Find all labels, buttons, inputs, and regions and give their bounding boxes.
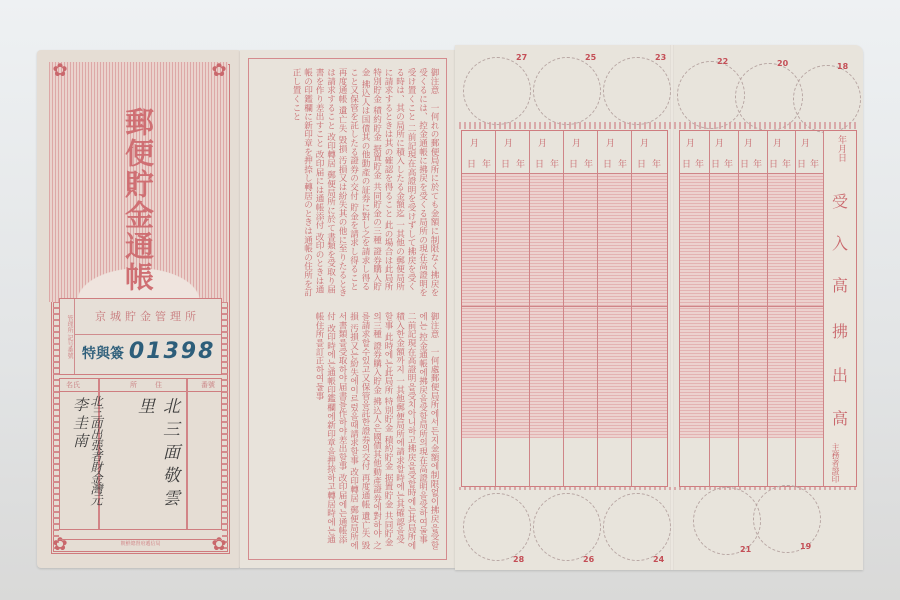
day-label: 日 [682,157,691,170]
year-label: 年 [482,157,491,170]
circle-number: 21 [740,545,751,554]
notice-korean: 御注意 一何處郵便局所에서든지金額에制限없이拂戻을受할에는 控金通帳에拂戻을受할… [313,312,440,552]
year-label: 年 [516,157,525,170]
circle-number: 26 [583,555,594,564]
owner-box: 名氏 所住 番號 李圭南 北三面出張者財金灣元 北三面敬雲里 [59,378,222,530]
stamp-circle [603,493,671,561]
circle-number: 24 [653,555,664,564]
year-label: 年 [550,157,559,170]
grid-column [597,131,632,486]
ledger-page: 27 25 23 22 20 18 月 月 月 月 月 月 日 年 日 年 日 … [455,45,863,570]
grid-column [709,131,739,486]
year-label: 年 [652,157,661,170]
day-label: 日 [569,157,578,170]
grid-column [563,131,598,486]
circle-number: 27 [516,53,527,62]
flower-icon: ✿ [51,62,69,80]
stamp-circle [463,493,531,561]
grid-column [738,131,768,486]
circle-number: 18 [837,62,848,71]
year-label: 年 [695,157,704,170]
year-label: 年 [618,157,627,170]
office-name: 京城貯金管理所 [74,299,221,335]
owner-address: 北三面敬雲里 [132,397,182,529]
year-label: 年 [782,157,791,170]
cover-footer: 朝鮮總督府遞信局 [59,539,222,546]
month-label: 月 [538,136,547,149]
day-label: 日 [467,157,476,170]
instructions-page: 御注意 一何れの郵便局所に於ても金額に制限なく拂戻を受くるには、控金通帳に拂戻を… [240,50,455,568]
notice-heading: 御注意 [429,68,439,94]
circle-number: 20 [777,59,788,68]
side-header: 年月日 [835,135,848,162]
day-label: 日 [637,157,646,170]
label-received: 受 [824,189,856,212]
month-label: 月 [470,136,479,149]
notice-body: 一何れの郵便局所に於ても金額に制限なく拂戻を受くるには、控金通帳に拂戻を受くる局… [291,68,439,297]
grid-column [680,131,710,486]
stamp-circle [463,57,531,125]
office-side-label: 管理所 記号番號 [60,299,75,374]
notice-body: 一何處郵便局所에서든지金額에制限없이拂戻을受할에는 控金通帳에拂戻을受할局所의現… [314,312,439,550]
circle-number: 19 [800,542,811,551]
amount-labels-column: 年月日 受 入 高 拂 出 高 主務者證印 [823,131,856,486]
month-label: 月 [640,136,649,149]
label-out: 出 [824,363,856,386]
flower-icon: ✿ [210,62,228,80]
stamp-circle [533,57,601,125]
notice-heading: 御注意 [429,312,439,338]
circle-number: 25 [585,53,596,62]
ledger-grid-left: 月 月 月 月 月 月 日 年 日 年 日 年 日 年 日 年 日 年 [461,130,668,487]
circle-number: 22 [717,57,728,66]
day-label: 日 [797,157,806,170]
day-label: 日 [603,157,612,170]
month-label: 月 [744,136,753,149]
label-amount: 高 [824,406,856,429]
book-number: 01398 [129,339,216,364]
day-label: 日 [769,157,778,170]
grid-column [631,131,665,486]
passbook-cover: 郵便貯金通帳 ✿ ✿ ✿ ✿ 管理所 記号番號 京城貯金管理所 特與簽 0139… [37,50,240,568]
notice-japanese: 御注意 一何れの郵便局所に於ても金額に制限なく拂戻を受くるには、控金通帳に拂戻を… [290,68,440,298]
officer-seal-label: 主務者證印 [830,443,841,483]
grid-column [795,131,824,486]
label-withdrawn: 拂 [824,319,856,342]
book-number-stamp: 特與簽 01398 [82,339,215,364]
year-label: 年 [584,157,593,170]
cover-title: 郵便貯金通帳 [118,107,159,293]
day-label: 日 [740,157,749,170]
decorative-band-top [459,122,859,129]
book-label: 特與簽 [82,346,124,362]
stamp-circle [533,493,601,561]
owner-affiliation: 北三面出張者財金灣元 [88,395,105,505]
month-label: 月 [686,136,695,149]
grid-column [462,131,496,486]
month-label: 月 [773,136,782,149]
cover-sunburst: 郵便貯金通帳 [49,62,228,302]
day-label: 日 [501,157,510,170]
year-label: 年 [810,157,819,170]
year-label: 年 [753,157,762,170]
office-box: 管理所 記号番號 京城貯金管理所 特與簽 01398 [59,298,222,375]
month-label: 月 [572,136,581,149]
grid-column [767,131,796,486]
label-in: 入 [824,231,856,254]
year-label: 年 [724,157,733,170]
month-label: 月 [504,136,513,149]
ledger-grid-right: 月 月 月 月 月 日 年 日 年 日 年 日 年 日 年 年月日 受 入 高 … [679,130,857,487]
circle-number: 23 [655,53,666,62]
day-label: 日 [711,157,720,170]
month-label: 月 [606,136,615,149]
stamp-circle [603,57,671,125]
month-label: 月 [715,136,724,149]
label-amount: 高 [824,273,856,296]
grid-column [529,131,564,486]
month-label: 月 [801,136,810,149]
header-remarks: 番號 [201,380,215,390]
grid-column [495,131,530,486]
day-label: 日 [535,157,544,170]
circle-number: 28 [513,555,524,564]
